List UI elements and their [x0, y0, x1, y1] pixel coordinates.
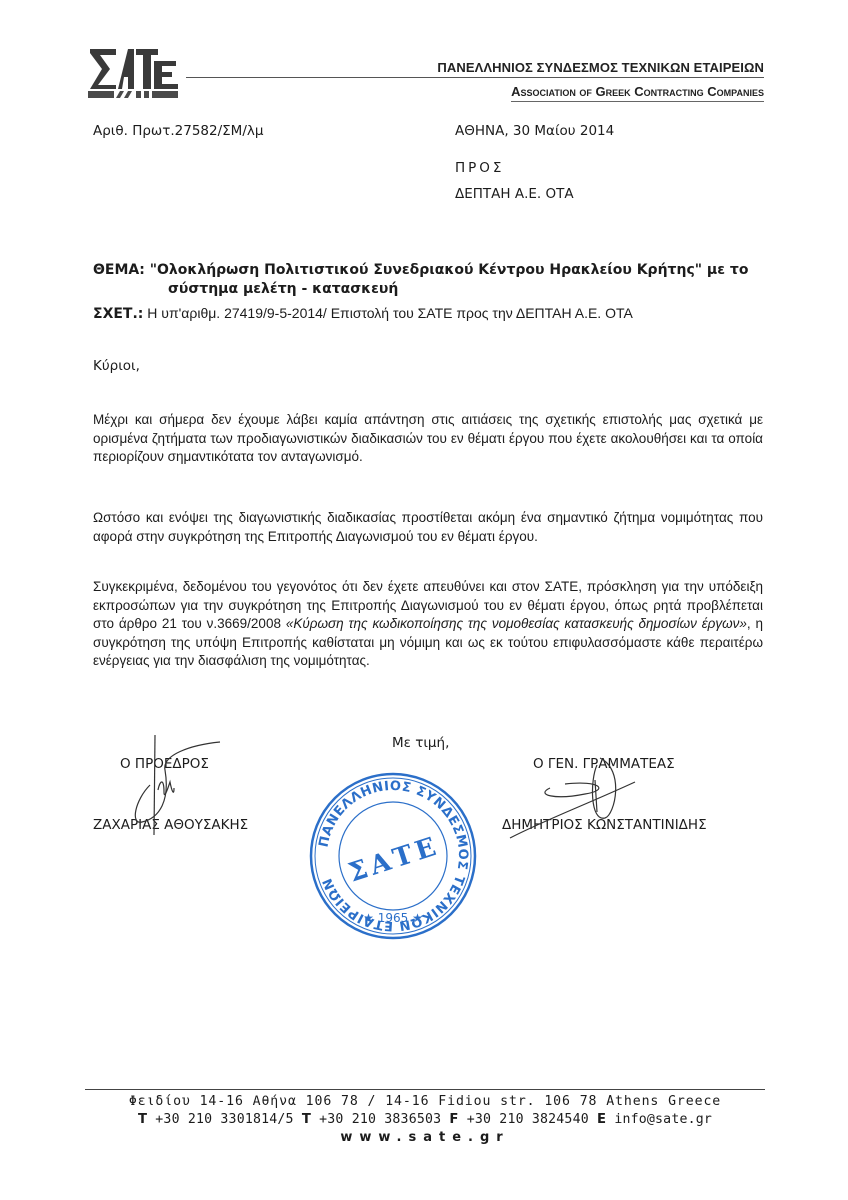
- header-divider: [186, 77, 764, 78]
- email-link[interactable]: info@sate.gr: [614, 1112, 712, 1127]
- closing: Με τιμή,: [392, 735, 449, 751]
- related-reference: ΣΧΕΤ.: Η υπ'αριθμ. 27419/9-5-2014/ Επιστ…: [93, 305, 633, 322]
- footer-address: Φειδίου 14-16 Αθήνα 106 78 / 14-16 Fidio…: [85, 1094, 765, 1109]
- website-link[interactable]: www.sate.gr: [85, 1130, 765, 1145]
- phone-1: +30 210 3301814/5: [155, 1112, 293, 1127]
- fax: +30 210 3824540: [467, 1112, 589, 1127]
- subject: ΘΕΜΑ: "Ολοκλήρωση Πολιτιστικού Συνεδριακ…: [93, 261, 793, 299]
- to-label: ΠΡΟΣ: [455, 160, 504, 176]
- footer-contact: T +30 210 3301814/5 T +30 210 3836503 F …: [85, 1112, 765, 1127]
- president-signature-icon: [130, 730, 240, 840]
- law-title: «Κύρωση της κωδικοποίησης της νομοθεσίας…: [286, 616, 747, 631]
- paragraph-2: Ωστόσο και ενόψει της διαγωνιστικής διαδ…: [93, 509, 763, 546]
- sate-stamp-icon: ΠΑΝΕΛΛΗΝΙΟΣ ΣΥΝΔΕΣΜΟΣ ΤΕΧΝΙΚΩΝ ΕΤΑΙΡΕΙΩΝ…: [307, 770, 479, 942]
- reference-number: Αριθ. Πρωτ.27582/ΣΜ/λμ: [93, 123, 263, 139]
- subject-line2: σύστημα μελέτη - κατασκευή: [93, 280, 793, 299]
- subject-label: ΘΕΜΑ:: [93, 262, 145, 278]
- svg-text:★ 1965 ★: ★ 1965 ★: [363, 911, 423, 925]
- footer-divider: [85, 1089, 765, 1090]
- sate-logo-icon: [88, 47, 180, 99]
- paragraph-1: Μέχρι και σήμερα δεν έχουμε λάβει καμία …: [93, 411, 763, 467]
- svg-text:ΣΑΤΕ: ΣΑΤΕ: [345, 831, 443, 888]
- date-line: ΑΘΗΝΑ, 30 Μαίου 2014: [455, 123, 614, 139]
- org-name-greek: ΠΑΝΕΛΛΗΝΙΟΣ ΣΥΝΔΕΣΜΟΣ ΤΕΧΝΙΚΩΝ ΕΤΑΙΡΕΙΩΝ: [437, 60, 764, 75]
- subject-line1: "Ολοκλήρωση Πολιτιστικού Συνεδριακού Κέν…: [150, 262, 749, 278]
- secretary-signature-icon: [505, 750, 655, 845]
- related-label: ΣΧΕΤ.:: [93, 306, 143, 322]
- phone-2: +30 210 3836503: [319, 1112, 441, 1127]
- paragraph-3: Συγκεκριμένα, δεδομένου του γεγονότος ότ…: [93, 578, 763, 671]
- greeting: Κύριοι,: [93, 358, 140, 374]
- org-name-english: Association of Greek Contracting Compani…: [511, 84, 764, 99]
- related-text: Η υπ'αριθμ. 27419/9-5-2014/ Επιστολή του…: [147, 305, 633, 321]
- recipient: ΔΕΠΤΑΗ Α.Ε. ΟΤΑ: [455, 186, 574, 202]
